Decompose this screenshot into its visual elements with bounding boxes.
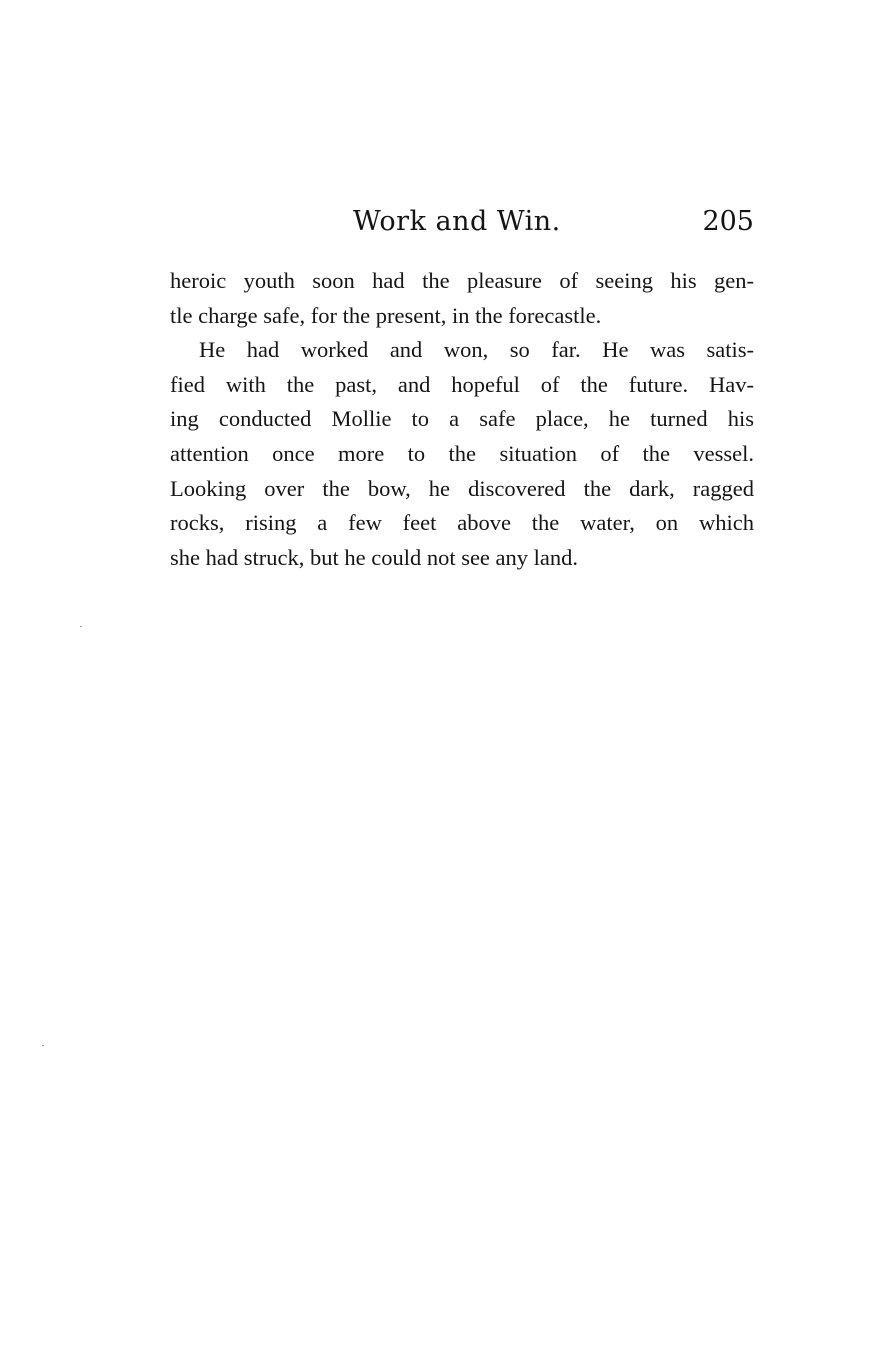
running-title: Work and Win. [353,206,561,237]
scan-speck [80,626,82,627]
text-line: fied with the past, and hopeful of the f… [170,368,754,403]
text-line: Looking over the bow, he discovered the … [170,472,754,507]
body-text: heroic youth soon had the pleasure of se… [170,264,754,575]
text-line: rocks, rising a few feet above the water… [170,506,754,541]
text-line: He had worked and won, so far. He was sa… [170,333,754,368]
paragraph-continued: heroic youth soon had the pleasure of se… [170,264,754,333]
text-line: tle charge safe, for the present, in the… [170,299,754,334]
text-line: she had struck, but he could not see any… [170,541,754,576]
book-page: Work and Win. 205 heroic youth soon had … [0,0,883,1360]
scan-speck [42,1045,44,1046]
text-line: heroic youth soon had the pleasure of se… [170,264,754,299]
page-number: 205 [702,206,754,237]
running-head: Work and Win. 205 [170,206,754,246]
paragraph: He had worked and won, so far. He was sa… [170,333,754,575]
text-line: ing conducted Mollie to a safe place, he… [170,402,754,437]
text-line: attention once more to the situation of … [170,437,754,472]
